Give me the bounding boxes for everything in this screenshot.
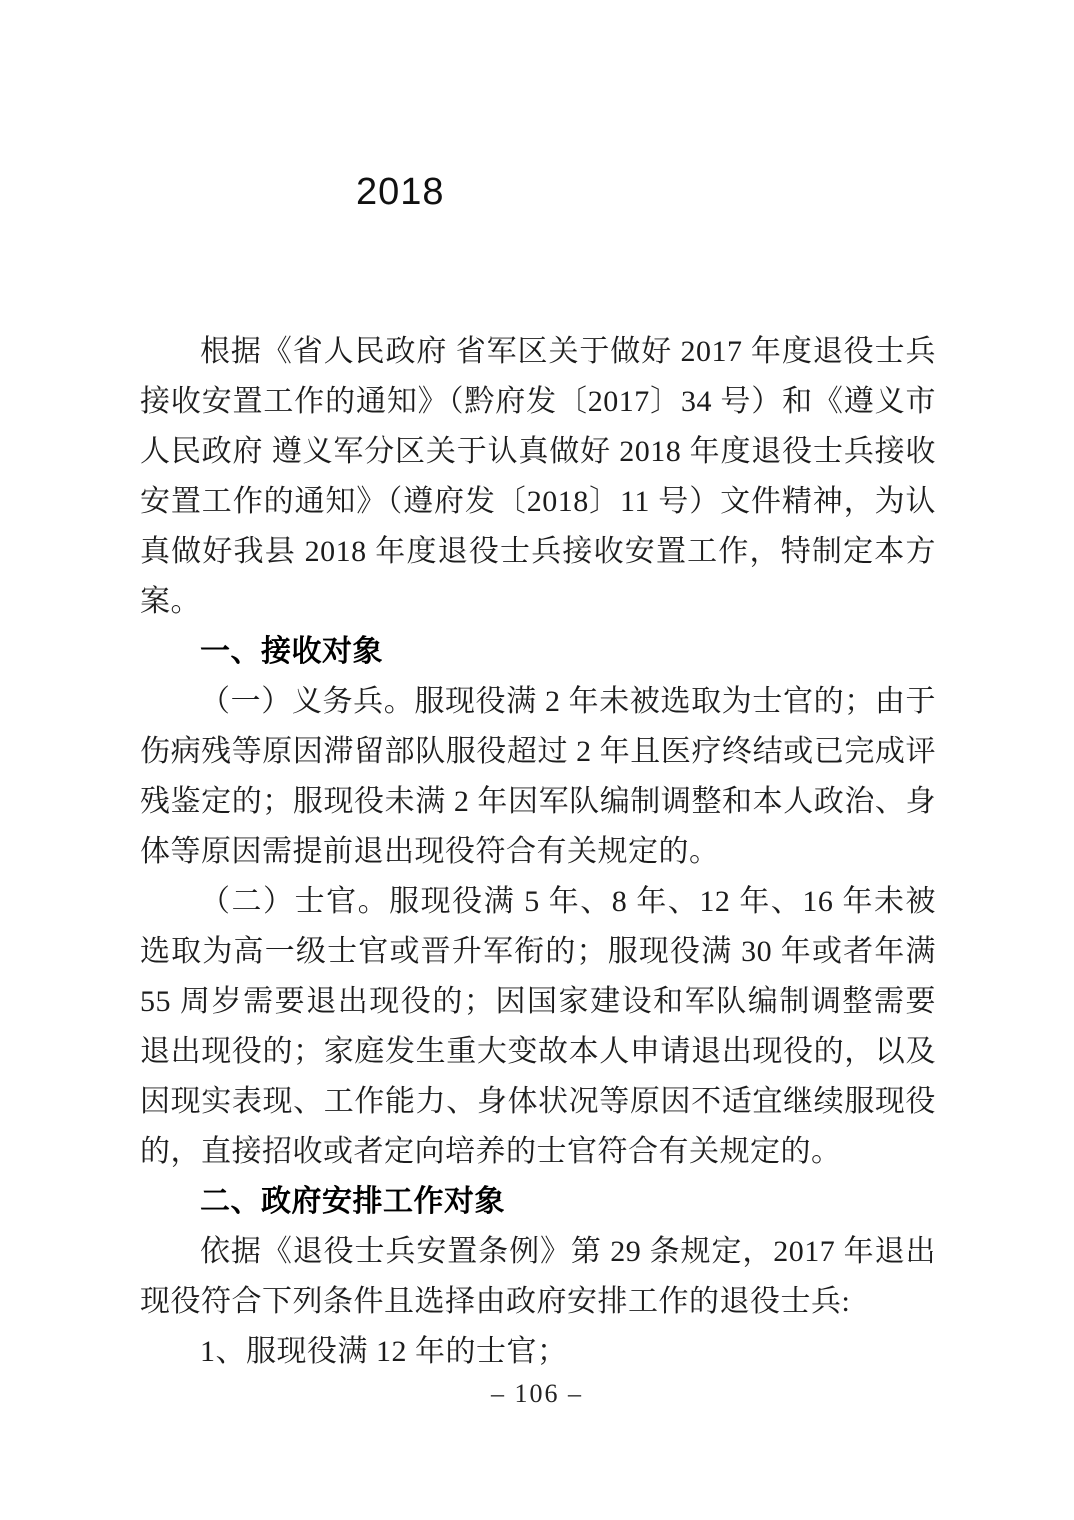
- section-heading-1: 一、接收对象: [140, 627, 936, 677]
- paragraph-conscripts: （一）义务兵。服现役满 2 年未被选取为士官的；由于伤病残等原因滞留部队服役超过…: [140, 677, 936, 877]
- paragraph-regulation: 依据《退役士兵安置条例》第 29 条规定，2017 年退出现役符合下列条件且选择…: [140, 1227, 936, 1327]
- document-title: 2018: [356, 170, 445, 214]
- paragraph-basis: 根据《省人民政府 省军区关于做好 2017 年度退役士兵接收安置工作的通知》（黔…: [140, 327, 936, 627]
- paragraph-ncos: （二）士官。服现役满 5 年、8 年、12 年、16 年未被选取为高一级士官或晋…: [140, 877, 936, 1177]
- page-number: – 106 –: [0, 1378, 1074, 1410]
- paragraph-item-1: 1、服现役满 12 年的士官；: [140, 1327, 936, 1377]
- document-body: 根据《省人民政府 省军区关于做好 2017 年度退役士兵接收安置工作的通知》（黔…: [140, 327, 936, 1377]
- section-heading-2: 二、政府安排工作对象: [140, 1177, 936, 1227]
- document-page: 2018 根据《省人民政府 省军区关于做好 2017 年度退役士兵接收安置工作的…: [0, 0, 1074, 1520]
